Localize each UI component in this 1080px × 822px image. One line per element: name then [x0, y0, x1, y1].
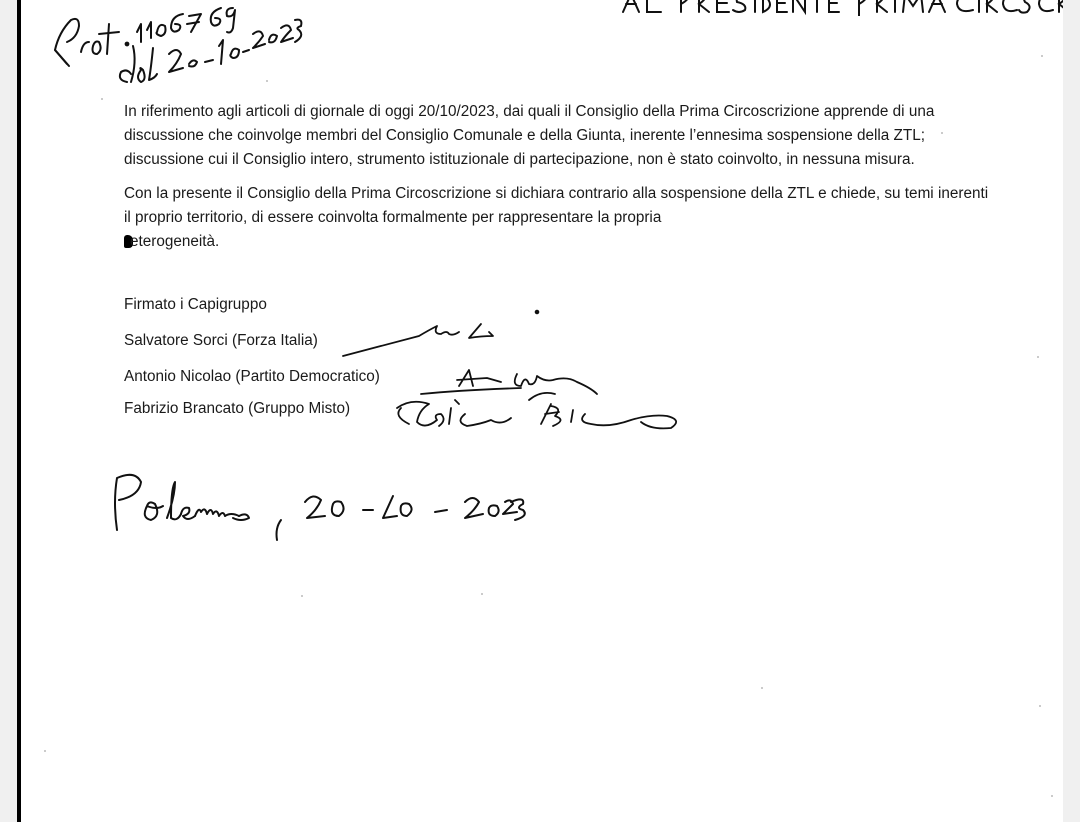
scan-speck — [761, 687, 763, 689]
handwritten-header: AL PRESIDENTE PRIMA CIRCOSCRIZIONE — [611, 0, 1063, 16]
paragraph-1: In riferimento agli articoli di giornale… — [124, 100, 994, 172]
signature-brancato — [397, 402, 444, 426]
document-viewer: Prot. 1106769 — [0, 0, 1080, 822]
paragraph-2-text: Con la presente il Consiglio della Prima… — [124, 185, 988, 250]
signature-sorci — [343, 326, 459, 356]
handwritten-place-date: Palermo, 20-10-2023 — [101, 462, 641, 562]
scan-speck — [266, 80, 268, 82]
scan-speck — [1037, 356, 1039, 358]
scan-speck — [44, 750, 46, 752]
signature-nicolao — [457, 370, 501, 386]
handwritten-protocol-annotation: Prot. 1106769 — [37, 2, 307, 92]
letter-body: In riferimento agli articoli di giornale… — [124, 100, 994, 264]
scan-speck — [301, 595, 303, 597]
scan-speck — [1041, 55, 1043, 57]
scan-speck — [941, 132, 943, 134]
scan-speck — [1039, 705, 1041, 707]
paragraph-2: Con la presente il Consiglio della Prima… — [124, 182, 994, 254]
handwritten-signatures — [341, 290, 721, 440]
scanned-page: Prot. 1106769 — [17, 0, 1063, 822]
scan-speck — [481, 593, 483, 595]
ink-blot — [124, 235, 133, 248]
scan-speck — [1051, 795, 1053, 797]
scan-speck — [101, 98, 103, 100]
